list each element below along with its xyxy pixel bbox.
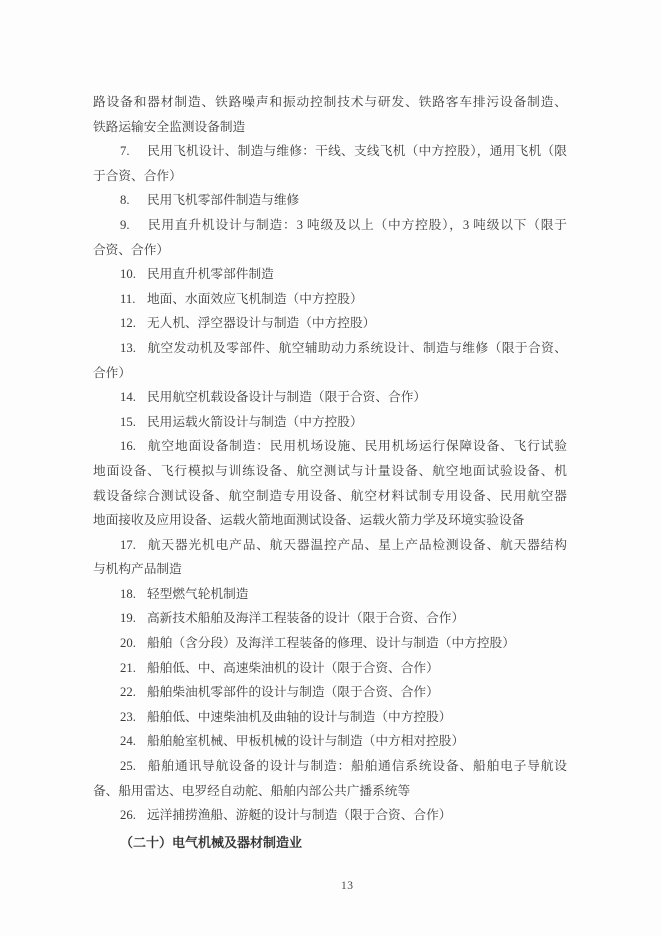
text-line: 铁路运输安全监测设备制造 <box>93 115 567 140</box>
item-number: 17. <box>120 533 147 558</box>
page-number: 13 <box>341 880 354 892</box>
item-number: 20. <box>120 631 147 656</box>
text-line: 8.民用飞机零部件制造与维修 <box>93 188 567 213</box>
item-number: 18. <box>120 582 147 607</box>
section-heading: （二十）电气机械及器材制造业 <box>93 831 567 856</box>
item-number: 14. <box>120 385 147 410</box>
text-line: 18.轻型燃气轮机制造 <box>93 582 567 607</box>
item-number: 9. <box>120 213 147 238</box>
item-number: 21. <box>120 656 147 681</box>
text-line: 与机构产品制造 <box>93 557 567 582</box>
text-line: 载设备综合测试设备、航空制造专用设备、航空材料试制专用设备、民用航空器 <box>93 484 567 509</box>
item-number: 24. <box>120 729 147 754</box>
text-line: 21.船舶低、中、高速柴油机的设计（限于合资、合作） <box>93 656 567 681</box>
text-line: 19.高新技术船舶及海洋工程装备的设计（限于合资、合作） <box>93 606 567 631</box>
item-number: 7. <box>120 139 147 164</box>
item-number: 26. <box>120 803 147 828</box>
text-line: 合作） <box>93 361 567 386</box>
text-line: 15.民用运载火箭设计与制造（中方控股） <box>93 410 567 435</box>
text-line: 16.航空地面设备制造：民用机场设施、民用机场运行保障设备、飞行试验 <box>93 434 567 459</box>
text-line: 23.船舶低、中速柴油机及曲轴的设计与制造（中方控股） <box>93 705 567 730</box>
item-number: 12. <box>120 311 147 336</box>
text-line: 25.船舶通讯导航设备的设计与制造：船舶通信系统设备、船舶电子导航设 <box>93 754 567 779</box>
text-line: 24.船舶舱室机械、甲板机械的设计与制造（中方相对控股） <box>93 729 567 754</box>
text-line: 于合资、合作） <box>93 164 567 189</box>
item-number: 8. <box>120 188 147 213</box>
text-line: 22.船舶柴油机零部件的设计与制造（限于合资、合作） <box>93 680 567 705</box>
item-number: 23. <box>120 705 147 730</box>
item-number: 25. <box>120 754 147 779</box>
text-line: 备、船用雷达、电罗经自动舵、船舶内部公共广播系统等 <box>93 779 567 804</box>
item-number: 19. <box>120 606 147 631</box>
item-number: 10. <box>120 262 147 287</box>
item-number: 11. <box>120 287 147 312</box>
text-line: 10.民用直升机零部件制造 <box>93 262 567 287</box>
text-line: 合资、合作） <box>93 238 567 263</box>
text-line: 路设备和器材制造、铁路噪声和振动控制技术与研发、铁路客车排污设备制造、 <box>93 90 567 115</box>
text-line: 14.民用航空机载设备设计与制造（限于合资、合作） <box>93 385 567 410</box>
text-line: 11.地面、水面效应飞机制造（中方控股） <box>93 287 567 312</box>
page: 路设备和器材制造、铁路噪声和振动控制技术与研发、铁路客车排污设备制造、铁路运输安… <box>0 0 661 936</box>
item-number: 13. <box>120 336 147 361</box>
text-line: 13.航空发动机及零部件、航空辅助动力系统设计、制造与维修（限于合资、 <box>93 336 567 361</box>
text-line: 20.船舶（含分段）及海洋工程装备的修理、设计与制造（中方控股） <box>93 631 567 656</box>
document-body: 路设备和器材制造、铁路噪声和振动控制技术与研发、铁路客车排污设备制造、铁路运输安… <box>93 90 567 855</box>
item-number: 15. <box>120 410 147 435</box>
text-line: 26.远洋捕捞渔船、游艇的设计与制造（限于合资、合作） <box>93 803 567 828</box>
text-line: 17.航天器光机电产品、航天器温控产品、星上产品检测设备、航天器结构 <box>93 533 567 558</box>
text-line: 9.民用直升机设计与制造：3 吨级及以上（中方控股），3 吨级以下（限于 <box>93 213 567 238</box>
text-line: 12.无人机、浮空器设计与制造（中方控股） <box>93 311 567 336</box>
text-line: 地面设备、飞行模拟与训练设备、航空测试与计量设备、航空地面试验设备、机 <box>93 459 567 484</box>
text-line: 地面接收及应用设备、运载火箭地面测试设备、运载火箭力学及环境实验设备 <box>93 508 567 533</box>
item-number: 16. <box>120 434 147 459</box>
text-line: 7.民用飞机设计、制造与维修：干线、支线飞机（中方控股），通用飞机（限 <box>93 139 567 164</box>
item-number: 22. <box>120 680 147 705</box>
